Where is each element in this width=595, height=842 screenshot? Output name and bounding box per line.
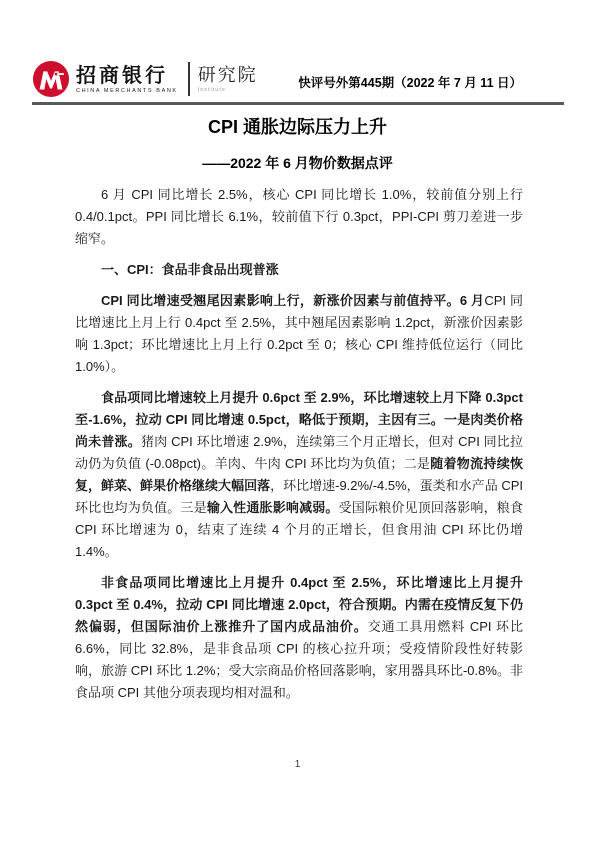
page-subtitle: ——2022 年 6 月物价数据点评 [0, 153, 595, 173]
paragraph: 非食品项同比增速比上月提升 0.4pct 至 2.5%，环比增速比上月提升 0.… [75, 572, 523, 704]
institute-name-cn: 研究院 [198, 65, 258, 85]
text-run-bold: 输入性通胀影响减弱。 [207, 500, 339, 515]
paragraph: 6 月 CPI 同比增长 2.5%，核心 CPI 同比增长 1.0%，较前值分别… [75, 184, 523, 250]
paragraph: 食品项同比增速较上月提升 0.6pct 至 2.9%，环比增速较上月下降 0.3… [75, 387, 523, 563]
text-run-bold: 一、CPI：食品非食品出现普涨 [101, 262, 279, 277]
bank-name-block: 招商银行 CHINA MERCHANTS BANK [76, 65, 178, 94]
document-footer: 1 [0, 754, 595, 772]
text-run-bold: CPI 同比增速受翘尾因素影响上行，新涨价因素与前值持平。6 月 [101, 293, 484, 308]
cmb-logo: 招商银行 CHINA MERCHANTS BANK 研究院 Institute [32, 60, 258, 98]
institute-block: 研究院 Institute [198, 65, 258, 93]
paragraph: CPI 同比增速受翘尾因素影响上行，新涨价因素与前值持平。6 月CPI 同比增速… [75, 290, 523, 378]
page-title: CPI 通胀边际压力上升 [0, 113, 595, 139]
text-run: 6 月 CPI 同比增长 2.5%，核心 CPI 同比增长 1.0%，较前值分别… [75, 187, 523, 246]
bank-name-en: CHINA MERCHANTS BANK [76, 88, 178, 94]
issue-info: 快评号外第445期（2022 年 7 月 11 日） [298, 73, 564, 91]
document-header: 招商银行 CHINA MERCHANTS BANK 研究院 Institute … [32, 60, 564, 105]
section-heading: 一、CPI：食品非食品出现普涨 [75, 259, 523, 281]
cmb-logo-icon [32, 60, 70, 98]
logo-divider [188, 62, 190, 96]
document-body: 6 月 CPI 同比增长 2.5%，核心 CPI 同比增长 1.0%，较前值分别… [75, 184, 523, 713]
document-page: 招商银行 CHINA MERCHANTS BANK 研究院 Institute … [0, 0, 595, 842]
page-number: 1 [295, 759, 301, 770]
institute-name-en: Institute [198, 87, 258, 93]
bank-name-cn: 招商银行 [76, 65, 178, 87]
